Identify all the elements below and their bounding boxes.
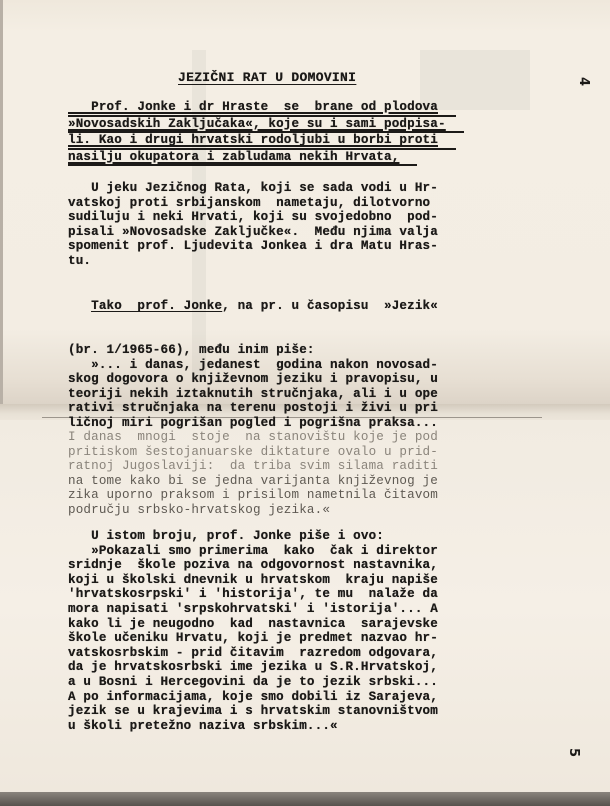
text-line: I danas mnogi stoje na stanovištu koje j… xyxy=(68,430,438,444)
first-line-rest: , na pr. u časopisu »Jezik« xyxy=(222,299,438,313)
text-line: području srbsko-hrvatskog jezika.« xyxy=(68,503,330,517)
text-line: rativi stručnjaka na terenu postoji i ži… xyxy=(68,401,438,415)
text-line: Prof. Jonke i dr Hraste se brane od plod… xyxy=(68,100,456,117)
text-line: skog dogovora o književnom jeziku i prav… xyxy=(68,372,438,386)
paragraph-3: I danas mnogi stoje na stanovištu koje j… xyxy=(68,430,568,518)
paragraph-2-first-line: Tako prof. Jonke, na pr. u časopisu »Jez… xyxy=(68,299,568,314)
text-line: A po informacijama, koje smo dobili iz S… xyxy=(68,690,438,704)
page-bottom-edge xyxy=(0,792,610,806)
text-line: kako li je neugodno kad nastavnica saraj… xyxy=(68,617,438,631)
text-line: pisali »Novosadske Zaključke«. Među njim… xyxy=(68,225,438,239)
text-line: (br. 1/1965-66), među inim piše: xyxy=(68,343,315,357)
paragraph-2: Tako prof. Jonke, na pr. u časopisu »Jez… xyxy=(68,270,568,445)
text-line: spomenit prof. Ljudevita Jonkea i dra Ma… xyxy=(68,239,438,253)
text-line: jezik se u krajevima i s hrvatskim stano… xyxy=(68,704,438,718)
document-title: JEZIČNI RAT U DOMOVINI xyxy=(178,70,356,85)
text-line: koji u školski dnevnik u hrvatskom kraju… xyxy=(68,573,438,587)
page-number-bottom: 5 xyxy=(566,748,581,757)
text-line: škole učeniku Hrvatu, koji je predmet na… xyxy=(68,631,438,645)
text-line: u školi pretežno naziva srbskim...« xyxy=(68,719,338,733)
paragraph-4: U istom broju, prof. Jonke piše i ovo: »… xyxy=(68,529,568,733)
text-line: ratnoj Jugoslaviji: da triba svim silama… xyxy=(68,459,438,473)
text-line: »... i danas, jedanest godina nakon novo… xyxy=(68,358,438,372)
text-line: teoriji nekih iztaknutih stručnjaka, ali… xyxy=(68,387,438,401)
text-line: tu. xyxy=(68,254,91,268)
text-line: 'hrvatskosrpski' i 'historija', te mu na… xyxy=(68,587,438,601)
text-line: zika uporno praksom i prisilom nametnila… xyxy=(68,488,438,502)
underlined-phrase: Tako prof. Jonke xyxy=(91,299,222,313)
text-line: li. Kao i drugi hrvatski rodoljubi u bor… xyxy=(68,133,456,150)
text-line: ličnoj miri pogrišan pogled i pogrišna p… xyxy=(68,416,438,430)
text-line: a u Bosni i Hercegovini da je to jezik s… xyxy=(68,675,438,689)
text-line: nasilju okupatora i zabludama nekih Hrva… xyxy=(68,150,417,167)
text-line: na tome kako bi se jedna varijanta knjiž… xyxy=(68,474,438,488)
text-line: U istom broju, prof. Jonke piše i ovo: xyxy=(68,529,384,543)
text-line: sridnje škole poziva na odgovornost nast… xyxy=(68,558,438,572)
text-line: U jeku Jezičnog Rata, koji se sada vodi … xyxy=(68,181,438,195)
text-line: da je hrvatskosrbski ime jezika u S.R.Hr… xyxy=(68,660,438,674)
text-line: sudiluju i neki Hrvati, koji su svojedob… xyxy=(68,210,438,224)
text-line: pritiskom šestojanuarske diktature ovalo… xyxy=(68,445,438,459)
text-line: »Pokazali smo primerima kako čak i direk… xyxy=(68,544,438,558)
text-line: mora napisati 'srpskohrvatski' i 'istori… xyxy=(68,602,438,616)
paragraph-1: U jeku Jezičnog Rata, koji se sada vodi … xyxy=(68,181,568,269)
text-line: »Novosadskih Zaključaka«, koje su i sami… xyxy=(68,117,464,134)
page-number-top: 4 xyxy=(576,77,591,86)
lead-paragraph: Prof. Jonke i dr Hraste se brane od plod… xyxy=(68,100,568,166)
text-line: vatskoj proti srbijanskom nametaju, dilo… xyxy=(68,196,430,210)
text-line: vatskosrbskim - prid čitavim razredom od… xyxy=(68,646,438,660)
